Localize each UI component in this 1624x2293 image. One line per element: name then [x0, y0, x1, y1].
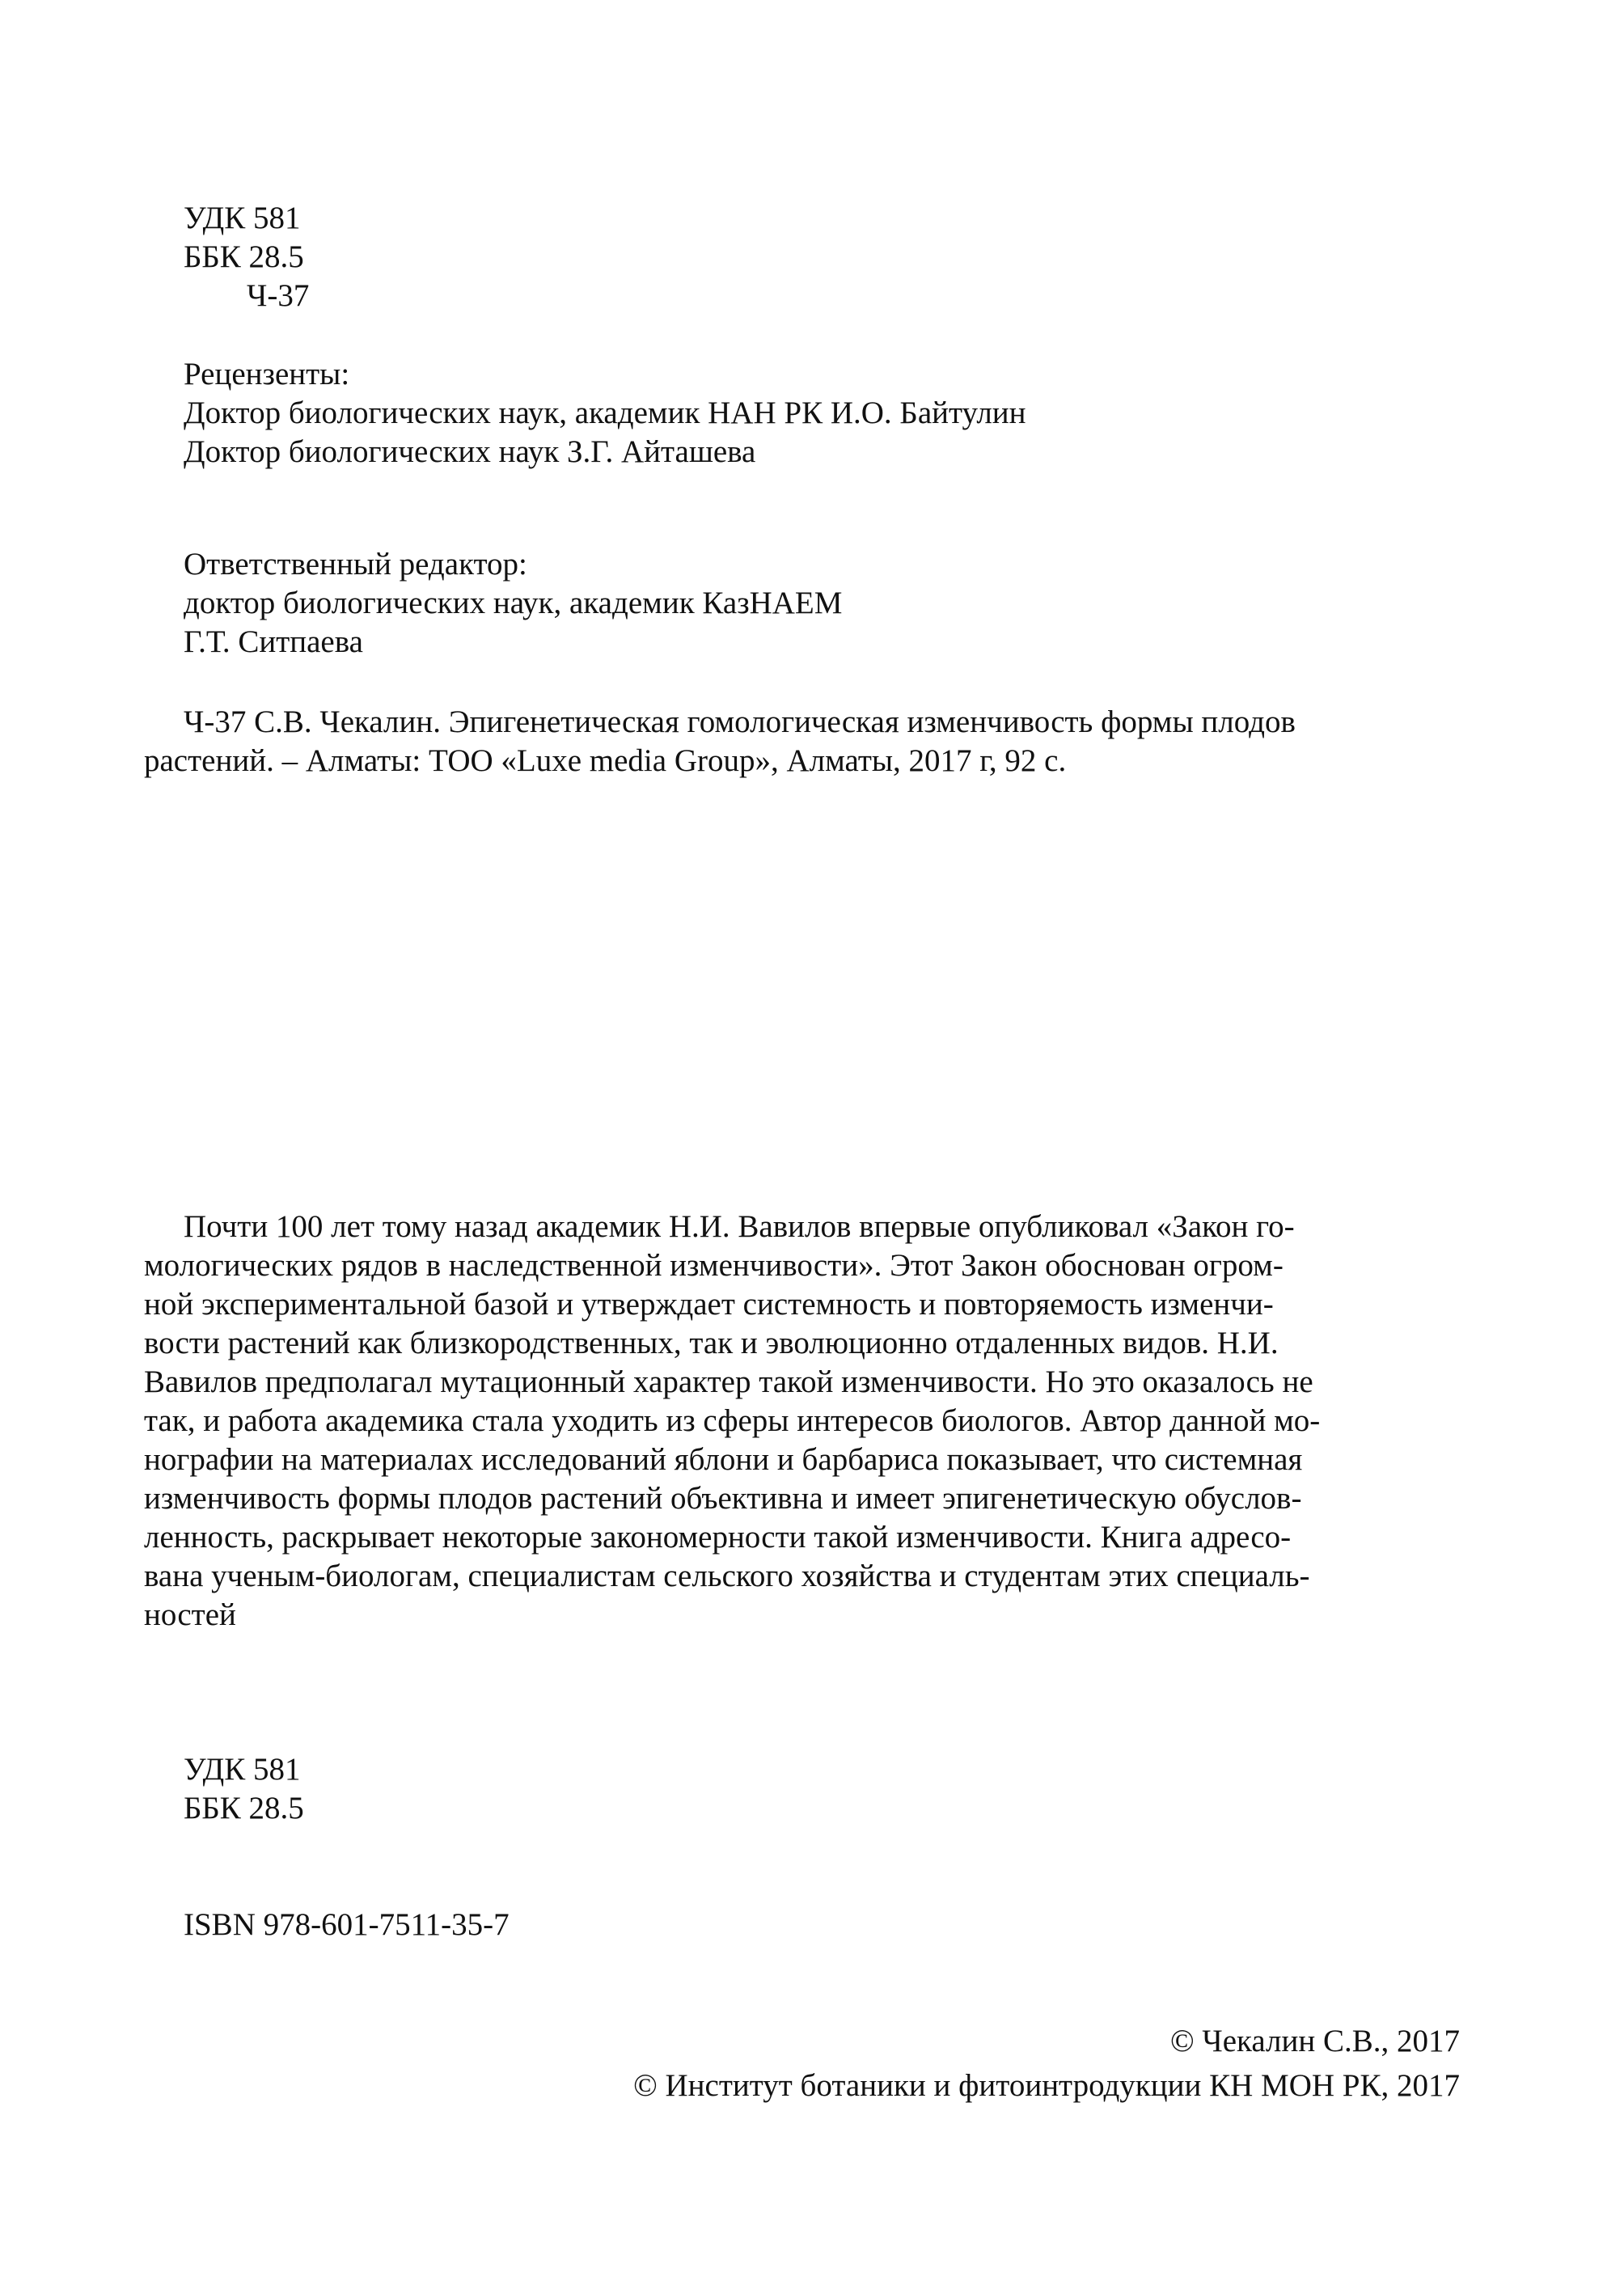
abstract-paragraph: Почти 100 лет тому назад академик Н.И. В…	[144, 1208, 1460, 1635]
classification-codes-top: УДК 581 ББК 28.5 Ч-37	[184, 199, 309, 315]
abstract-line: вости растений как близкородственных, та…	[144, 1324, 1460, 1363]
abstract-line: вана ученым-биологам, специалистам сельс…	[144, 1557, 1460, 1596]
editor-heading: Ответственный редактор:	[184, 545, 842, 584]
copyright-author: © Чекалин С.В., 2017	[633, 2019, 1460, 2063]
abstract-line: Почти 100 лет тому назад академик Н.И. В…	[144, 1208, 1460, 1246]
abstract-line: Вавилов предполагал мутационный характер…	[144, 1363, 1460, 1402]
classification-codes-bottom: УДК 581 ББК 28.5	[184, 1750, 304, 1828]
reviewer-item: Доктор биологических наук З.Г. Айташева	[184, 433, 1026, 472]
udk-code: УДК 581	[184, 199, 309, 238]
abstract-line: ленность, раскрывает некоторые закономер…	[144, 1518, 1460, 1557]
author-mark: Ч-37	[184, 277, 309, 315]
abstract-line: ной экспериментальной базой и утверждает…	[144, 1285, 1460, 1324]
bbk-code: ББК 28.5	[184, 238, 309, 277]
editor-title: доктор биологических наук, академик КазН…	[184, 584, 842, 623]
bibliographic-entry: Ч-37 С.В. Чекалин. Эпигенетическая гомол…	[144, 703, 1460, 781]
copyright-institute: © Институт ботаники и фитоинтродукции КН…	[633, 2063, 1460, 2108]
reviewers-block: Рецензенты: Доктор биологических наук, а…	[184, 355, 1026, 472]
abstract-line: мологических рядов в наследственной изме…	[144, 1246, 1460, 1285]
editor-name: Г.Т. Ситпаева	[184, 623, 842, 662]
reviewer-item: Доктор биологических наук, академик НАН …	[184, 394, 1026, 433]
editor-block: Ответственный редактор: доктор биологиче…	[184, 545, 842, 662]
copyright-block: © Чекалин С.В., 2017 © Институт ботаники…	[633, 2019, 1460, 2108]
abstract-line: нографии на материалах исследований ябло…	[144, 1441, 1460, 1479]
isbn: ISBN 978-601-7511-35-7	[184, 1906, 510, 1944]
udk-code: УДК 581	[184, 1750, 304, 1789]
abstract-line: изменчивость формы плодов растений объек…	[144, 1479, 1460, 1518]
bib-line: растений. – Алматы: ТОО «Luxe media Grou…	[144, 742, 1460, 781]
abstract-line: ностей	[144, 1596, 1460, 1635]
bib-line: Ч-37 С.В. Чекалин. Эпигенетическая гомол…	[144, 703, 1460, 742]
bbk-code: ББК 28.5	[184, 1789, 304, 1828]
reviewers-heading: Рецензенты:	[184, 355, 1026, 394]
abstract-line: так, и работа академика стала уходить из…	[144, 1402, 1460, 1441]
